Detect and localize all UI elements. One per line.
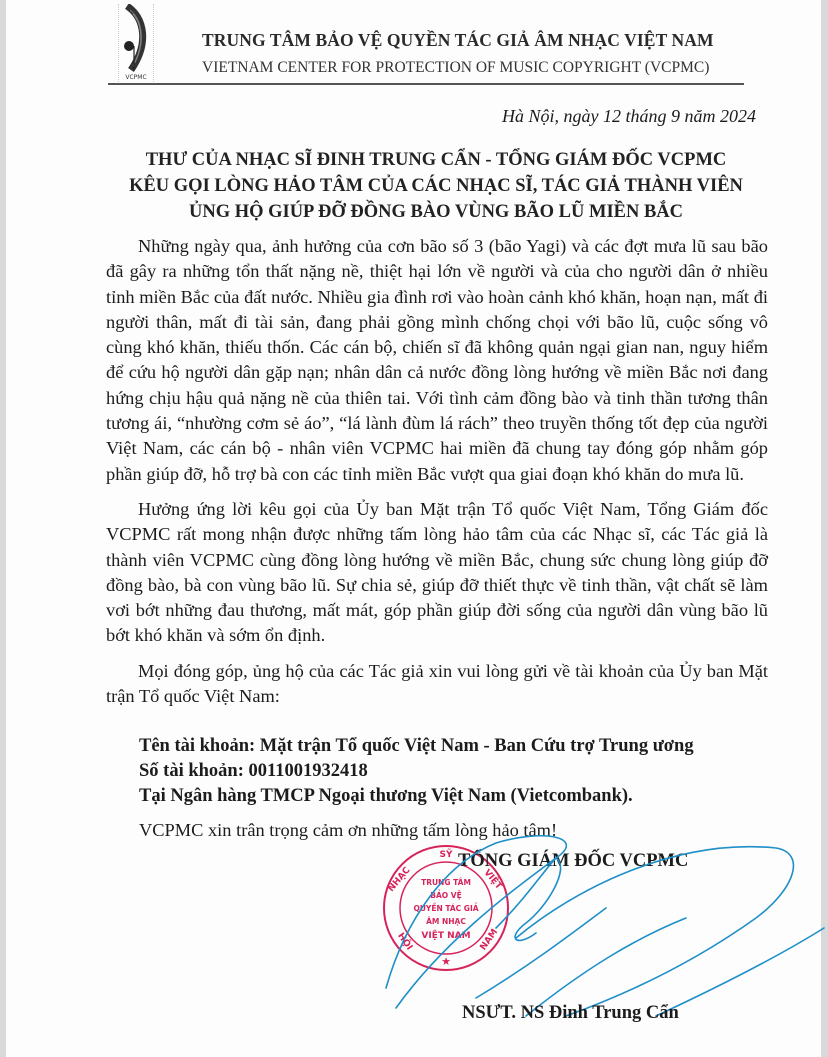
- title-line: KÊU GỌI LÒNG HẢO TÂM CỦA CÁC NHẠC SĨ, TÁ…: [106, 173, 766, 199]
- signer-name: NSƯT. NS Đinh Trung Cẩn: [462, 1003, 679, 1024]
- svg-text:VCPMC: VCPMC: [125, 74, 146, 81]
- bank-name: Tại Ngân hàng TMCP Ngoại thương Việt Nam…: [139, 784, 779, 809]
- account-number: Số tài khoản: 0011001932418: [139, 759, 779, 784]
- handwritten-signature-icon: [356, 828, 826, 1018]
- header-divider: [108, 83, 744, 85]
- document-page: VCPMC TRUNG TÂM BẢO VỆ QUYỀN TÁC GIẢ ÂM …: [6, 0, 821, 1057]
- account-name: Tên tài khoản: Mặt trận Tổ quốc Việt Nam…: [139, 734, 779, 759]
- letter-body: Những ngày qua, ảnh hưởng của cơn bão số…: [106, 234, 768, 719]
- vcpmc-logo: VCPMC: [118, 4, 154, 82]
- body-paragraph: Những ngày qua, ảnh hưởng của cơn bão số…: [106, 234, 768, 487]
- organization-name-vietnamese: TRUNG TÂM BẢO VỆ QUYỀN TÁC GIẢ ÂM NHẠC V…: [202, 30, 722, 51]
- letter-title: THƯ CỦA NHẠC SĨ ĐINH TRUNG CẨN - TỔNG GI…: [106, 147, 766, 225]
- title-line: ỦNG HỘ GIÚP ĐỠ ĐỒNG BÀO VÙNG BÃO LŨ MIỀN…: [106, 199, 766, 225]
- body-paragraph: Mọi đóng góp, ủng hộ của các Tác giả xin…: [106, 659, 768, 710]
- title-line: THƯ CỦA NHẠC SĨ ĐINH TRUNG CẨN - TỔNG GI…: [106, 147, 766, 173]
- organization-name-english: VIETNAM CENTER FOR PROTECTION OF MUSIC C…: [202, 59, 722, 77]
- bank-account-details: Tên tài khoản: Mặt trận Tổ quốc Việt Nam…: [139, 734, 779, 809]
- body-paragraph: Hưởng ứng lời kêu gọi của Ủy ban Mặt trậ…: [106, 497, 768, 649]
- vcpmc-logo-icon: VCPMC: [121, 4, 151, 82]
- date-line: Hà Nội, ngày 12 tháng 9 năm 2024: [502, 106, 756, 127]
